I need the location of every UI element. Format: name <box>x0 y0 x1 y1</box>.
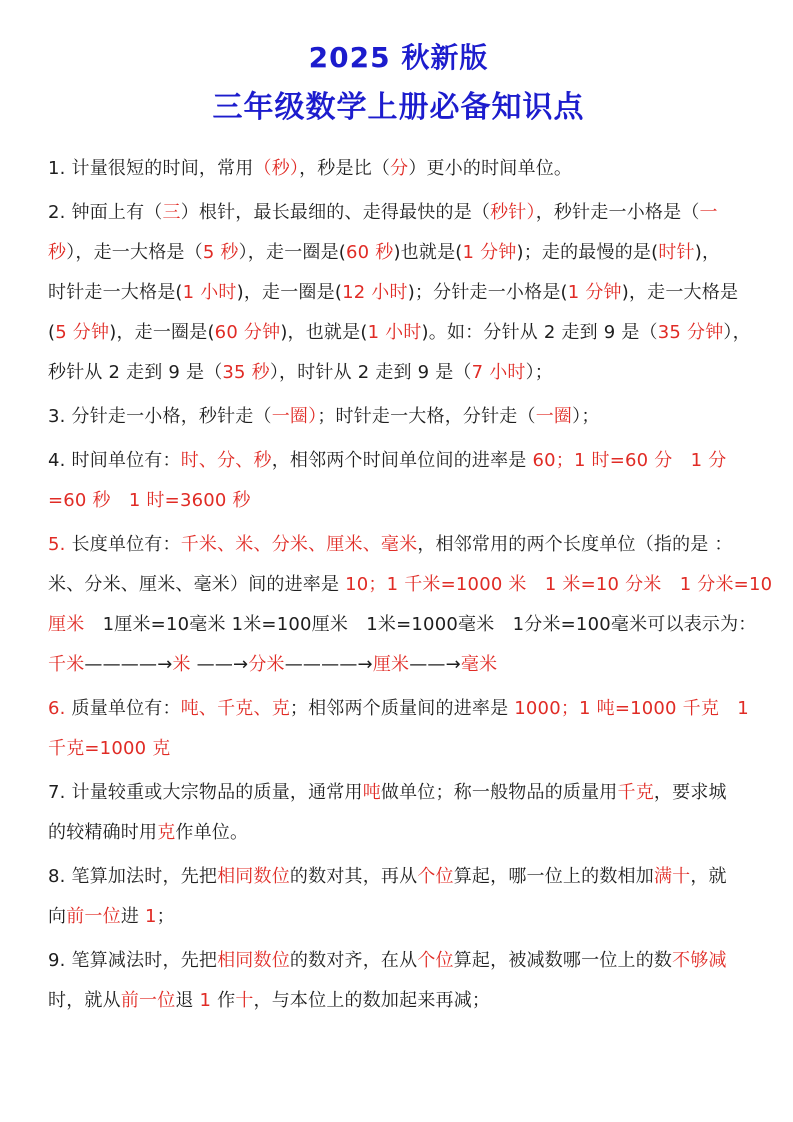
text-segment: 米、分米、厘米、毫米）间的进率是 <box>48 574 345 595</box>
text-segment: ，就 <box>690 866 726 887</box>
text-segment: 1 小时 <box>368 322 422 343</box>
text-segment: 60 秒 <box>346 242 393 263</box>
text-segment: 12 小时 <box>342 282 408 303</box>
text-segment: ；时针走一大格，分针走（ <box>317 406 535 427</box>
text-segment: ；相邻两个质量间的进率是 <box>290 698 514 719</box>
text-segment: =60 秒 1 时=3600 秒 <box>48 490 251 511</box>
paragraph-item: 8. 笔算加法时，先把相同数位的数对其，再从个位算起，哪一位上的数相加满十，就向… <box>48 857 749 937</box>
text-segment: 克 <box>157 822 175 843</box>
text-segment: ，相邻常用的两个长度单位（指的是 ： <box>417 534 732 555</box>
paragraph-item: 4. 时间单位有：时、分、秒，相邻两个时间单位间的进率是 60；1 时=60 分… <box>48 441 749 521</box>
text-segment: 60；1 时=60 分 1 分 <box>532 450 726 471</box>
text-segment: )；走的最慢的是( <box>516 242 658 263</box>
text-line: 4. 时间单位有：时、分、秒，相邻两个时间单位间的进率是 60；1 时=60 分… <box>48 441 749 481</box>
text-segment: 相同数位 <box>217 950 290 971</box>
text-segment: )，走一圈是( <box>237 282 342 303</box>
text-segment: 时、分、秒 <box>181 450 272 471</box>
text-segment: （秒） <box>254 158 300 179</box>
text-segment: ）； <box>526 362 553 383</box>
text-segment: 10；1 千米=1000 米 1 米=10 分米 1 分米=10 <box>345 574 772 595</box>
text-segment: 的数对其，再从 <box>290 866 417 887</box>
paragraph-item: 7. 计量较重或大宗物品的质量，通常用吨做单位；称一般物品的质量用千克，要求城的… <box>48 773 749 853</box>
text-segment: 厘米 <box>373 654 409 675</box>
text-segment: 1 小时 <box>183 282 237 303</box>
text-segment: )，也就是( <box>280 322 367 343</box>
text-segment: 秒针从 2 走到 9 是（ <box>48 362 222 383</box>
text-line: 秒），走一大格是（5 秒），走一圈是(60 秒)也就是(1 分钟)；走的最慢的是… <box>48 233 749 273</box>
text-segment: 3. 分针走一小格，秒针走（ <box>48 406 272 427</box>
text-line: 秒针从 2 走到 9 是（35 秒），时针从 2 走到 9 是（7 小时）； <box>48 353 749 393</box>
text-segment: 分 <box>390 158 408 179</box>
text-segment: 时，就从 <box>48 990 121 1011</box>
text-segment: ）， <box>723 322 750 343</box>
paragraph-item: 6. 质量单位有：吨、千克、克；相邻两个质量间的进率是 1000；1 吨=100… <box>48 689 749 769</box>
text-segment: 1厘米=10毫米 1米=100厘米 1米=1000毫米 1分米=100毫米可以表… <box>84 614 756 635</box>
text-segment: 米 <box>173 654 191 675</box>
text-segment: 60 分钟 <box>215 322 281 343</box>
text-line: 向前一位进 1； <box>48 897 749 937</box>
text-line: 千克=1000 克 <box>48 729 749 769</box>
text-segment: 2. 钟面上有（ <box>48 202 163 223</box>
text-segment: ； <box>157 906 175 927</box>
text-segment: 质量单位有： <box>66 698 181 719</box>
text-segment: ——→ <box>191 654 249 675</box>
text-line: 厘米 1厘米=10毫米 1米=100厘米 1米=1000毫米 1分米=100毫米… <box>48 605 749 645</box>
text-segment: 三 <box>163 202 181 223</box>
text-segment: 分米 <box>248 654 284 675</box>
text-segment: )，走一圈是( <box>109 322 214 343</box>
text-segment: 1 <box>145 906 157 927</box>
text-segment: ————→ <box>84 654 172 675</box>
text-segment: 时针走一大格是( <box>48 282 183 303</box>
text-line: 5. 长度单位有：千米、米、分米、厘米、毫米，相邻常用的两个长度单位（指的是 ： <box>48 525 749 565</box>
text-segment: )；分针走一小格是( <box>408 282 568 303</box>
paragraph-item: 5. 长度单位有：千米、米、分米、厘米、毫米，相邻常用的两个长度单位（指的是 ：… <box>48 525 749 685</box>
text-line: (5 分钟)，走一圈是(60 分钟)，也就是(1 小时)。如：分针从 2 走到 … <box>48 313 749 353</box>
text-line: 米、分米、厘米、毫米）间的进率是 10；1 千米=1000 米 1 米=10 分… <box>48 565 749 605</box>
text-segment: 不够减 <box>672 950 727 971</box>
text-segment: 十 <box>235 990 253 1011</box>
text-segment: 1000；1 吨=1000 千克 1 <box>514 698 749 719</box>
text-segment: ，与本位上的数加起来再减； <box>254 990 491 1011</box>
text-segment: 时针 <box>658 242 694 263</box>
text-segment: ——→ <box>409 654 461 675</box>
text-segment: 毫米 <box>461 654 497 675</box>
text-line: 2. 钟面上有（三）根针，最长最细的、走得最快的是（秒针），秒针走一小格是（一 <box>48 193 749 233</box>
page-title: 2025 秋新版 <box>48 40 749 75</box>
text-segment: 算起，哪一位上的数相加 <box>454 866 654 887</box>
text-segment: ）根针，最长最细的、走得最快的是（ <box>181 202 490 223</box>
text-segment: 满十 <box>654 866 690 887</box>
text-segment: 千米 <box>48 654 84 675</box>
text-segment: 5. <box>48 534 66 555</box>
text-segment: ），走一大格是（ <box>66 242 203 263</box>
paragraph-item: 2. 钟面上有（三）根针，最长最细的、走得最快的是（秒针），秒针走一小格是（一秒… <box>48 193 749 393</box>
text-segment: 35 分钟 <box>658 322 724 343</box>
text-segment: 1 分钟 <box>463 242 517 263</box>
text-segment: 的较精确时用 <box>48 822 157 843</box>
text-segment: 作单位。 <box>175 822 248 843</box>
text-segment: 算起，被减数哪一位上的数 <box>454 950 672 971</box>
text-segment: ，要求城 <box>654 782 727 803</box>
text-segment: 个位 <box>417 950 453 971</box>
text-line: 6. 质量单位有：吨、千克、克；相邻两个质量间的进率是 1000；1 吨=100… <box>48 689 749 729</box>
text-segment: 一圈 <box>536 406 572 427</box>
text-segment: 厘米 <box>48 614 84 635</box>
text-segment: 千米、米、分米、厘米、毫米 <box>181 534 418 555</box>
text-segment: 个位 <box>417 866 453 887</box>
text-segment: 退 <box>175 990 199 1011</box>
text-segment: ）； <box>572 406 599 427</box>
text-segment: 做单位；称一般物品的质量用 <box>381 782 618 803</box>
page-subtitle: 三年级数学上册必备知识点 <box>48 89 749 127</box>
text-segment: 作 <box>211 990 235 1011</box>
text-line: 3. 分针走一小格，秒针走（一圈）；时针走一大格，分针走（一圈）； <box>48 397 749 437</box>
text-segment: )，走一大格是 <box>622 282 738 303</box>
text-segment: ，相邻两个时间单位间的进率是 <box>272 450 533 471</box>
text-line: 时针走一大格是(1 小时)，走一圈是(12 小时)；分针走一小格是(1 分钟)，… <box>48 273 749 313</box>
text-segment: 4. 时间单位有： <box>48 450 181 471</box>
text-segment: 秒 <box>48 242 66 263</box>
paragraph-item: 9. 笔算减法时，先把相同数位的数对齐，在从个位算起，被减数哪一位上的数不够减时… <box>48 941 749 1021</box>
text-line: 千米————→米 ——→分米————→厘米——→毫米 <box>48 645 749 685</box>
text-segment: 千克=1000 克 <box>48 738 170 759</box>
text-segment: 1 分钟 <box>568 282 622 303</box>
document-page: 2025 秋新版 三年级数学上册必备知识点 1. 计量很短的时间，常用（秒），秒… <box>0 0 793 1122</box>
text-segment: 向 <box>48 906 66 927</box>
text-line: =60 秒 1 时=3600 秒 <box>48 481 749 521</box>
text-segment: 7. 计量较重或大宗物品的质量，通常用 <box>48 782 363 803</box>
text-segment: ），时针从 2 走到 9 是（ <box>270 362 472 383</box>
text-segment: 5 分钟 <box>55 322 109 343</box>
text-segment: 一 <box>700 202 718 223</box>
text-line: 8. 笔算加法时，先把相同数位的数对其，再从个位算起，哪一位上的数相加满十，就 <box>48 857 749 897</box>
text-segment: ，秒是比（ <box>299 158 390 179</box>
text-segment: 长度单位有： <box>66 534 181 555</box>
text-segment: 1 <box>200 990 212 1011</box>
text-segment: )， <box>695 242 720 263</box>
knowledge-list: 1. 计量很短的时间，常用（秒），秒是比（分）更小的时间单位。2. 钟面上有（三… <box>48 149 749 1021</box>
paragraph-item: 1. 计量很短的时间，常用（秒），秒是比（分）更小的时间单位。 <box>48 149 749 189</box>
text-segment: 8. 笔算加法时，先把 <box>48 866 217 887</box>
text-segment: 吨 <box>363 782 381 803</box>
paragraph-item: 3. 分针走一小格，秒针走（一圈）；时针走一大格，分针走（一圈）； <box>48 397 749 437</box>
text-segment: ）更小的时间单位。 <box>408 158 572 179</box>
text-segment: ，秒针走一小格是（ <box>536 202 700 223</box>
text-line: 时，就从前一位退 1 作十，与本位上的数加起来再减； <box>48 981 749 1021</box>
text-segment: 前一位 <box>66 906 121 927</box>
text-segment: 秒针） <box>490 202 536 223</box>
text-segment: 前一位 <box>121 990 176 1011</box>
text-segment: )也就是( <box>393 242 462 263</box>
text-segment: 相同数位 <box>217 866 290 887</box>
text-segment: 1. 计量很短的时间，常用 <box>48 158 254 179</box>
text-segment: ————→ <box>285 654 373 675</box>
text-line: 7. 计量较重或大宗物品的质量，通常用吨做单位；称一般物品的质量用千克，要求城 <box>48 773 749 813</box>
text-segment: 5 秒 <box>203 242 239 263</box>
text-segment: 吨、千克、克 <box>181 698 290 719</box>
text-segment: 7 小时 <box>472 362 526 383</box>
text-segment: ），走一圈是( <box>239 242 346 263</box>
text-segment: 千克 <box>618 782 654 803</box>
text-segment: 35 秒 <box>222 362 269 383</box>
text-line: 1. 计量很短的时间，常用（秒），秒是比（分）更小的时间单位。 <box>48 149 749 189</box>
text-line: 9. 笔算减法时，先把相同数位的数对齐，在从个位算起，被减数哪一位上的数不够减 <box>48 941 749 981</box>
text-segment: 9. 笔算减法时，先把 <box>48 950 217 971</box>
text-segment: )。如：分针从 2 走到 9 是（ <box>422 322 658 343</box>
text-segment: 进 <box>121 906 145 927</box>
text-segment: 的数对齐，在从 <box>290 950 417 971</box>
text-segment: 6. <box>48 698 66 719</box>
text-line: 的较精确时用克作单位。 <box>48 813 749 853</box>
text-segment: 一圈） <box>272 406 318 427</box>
